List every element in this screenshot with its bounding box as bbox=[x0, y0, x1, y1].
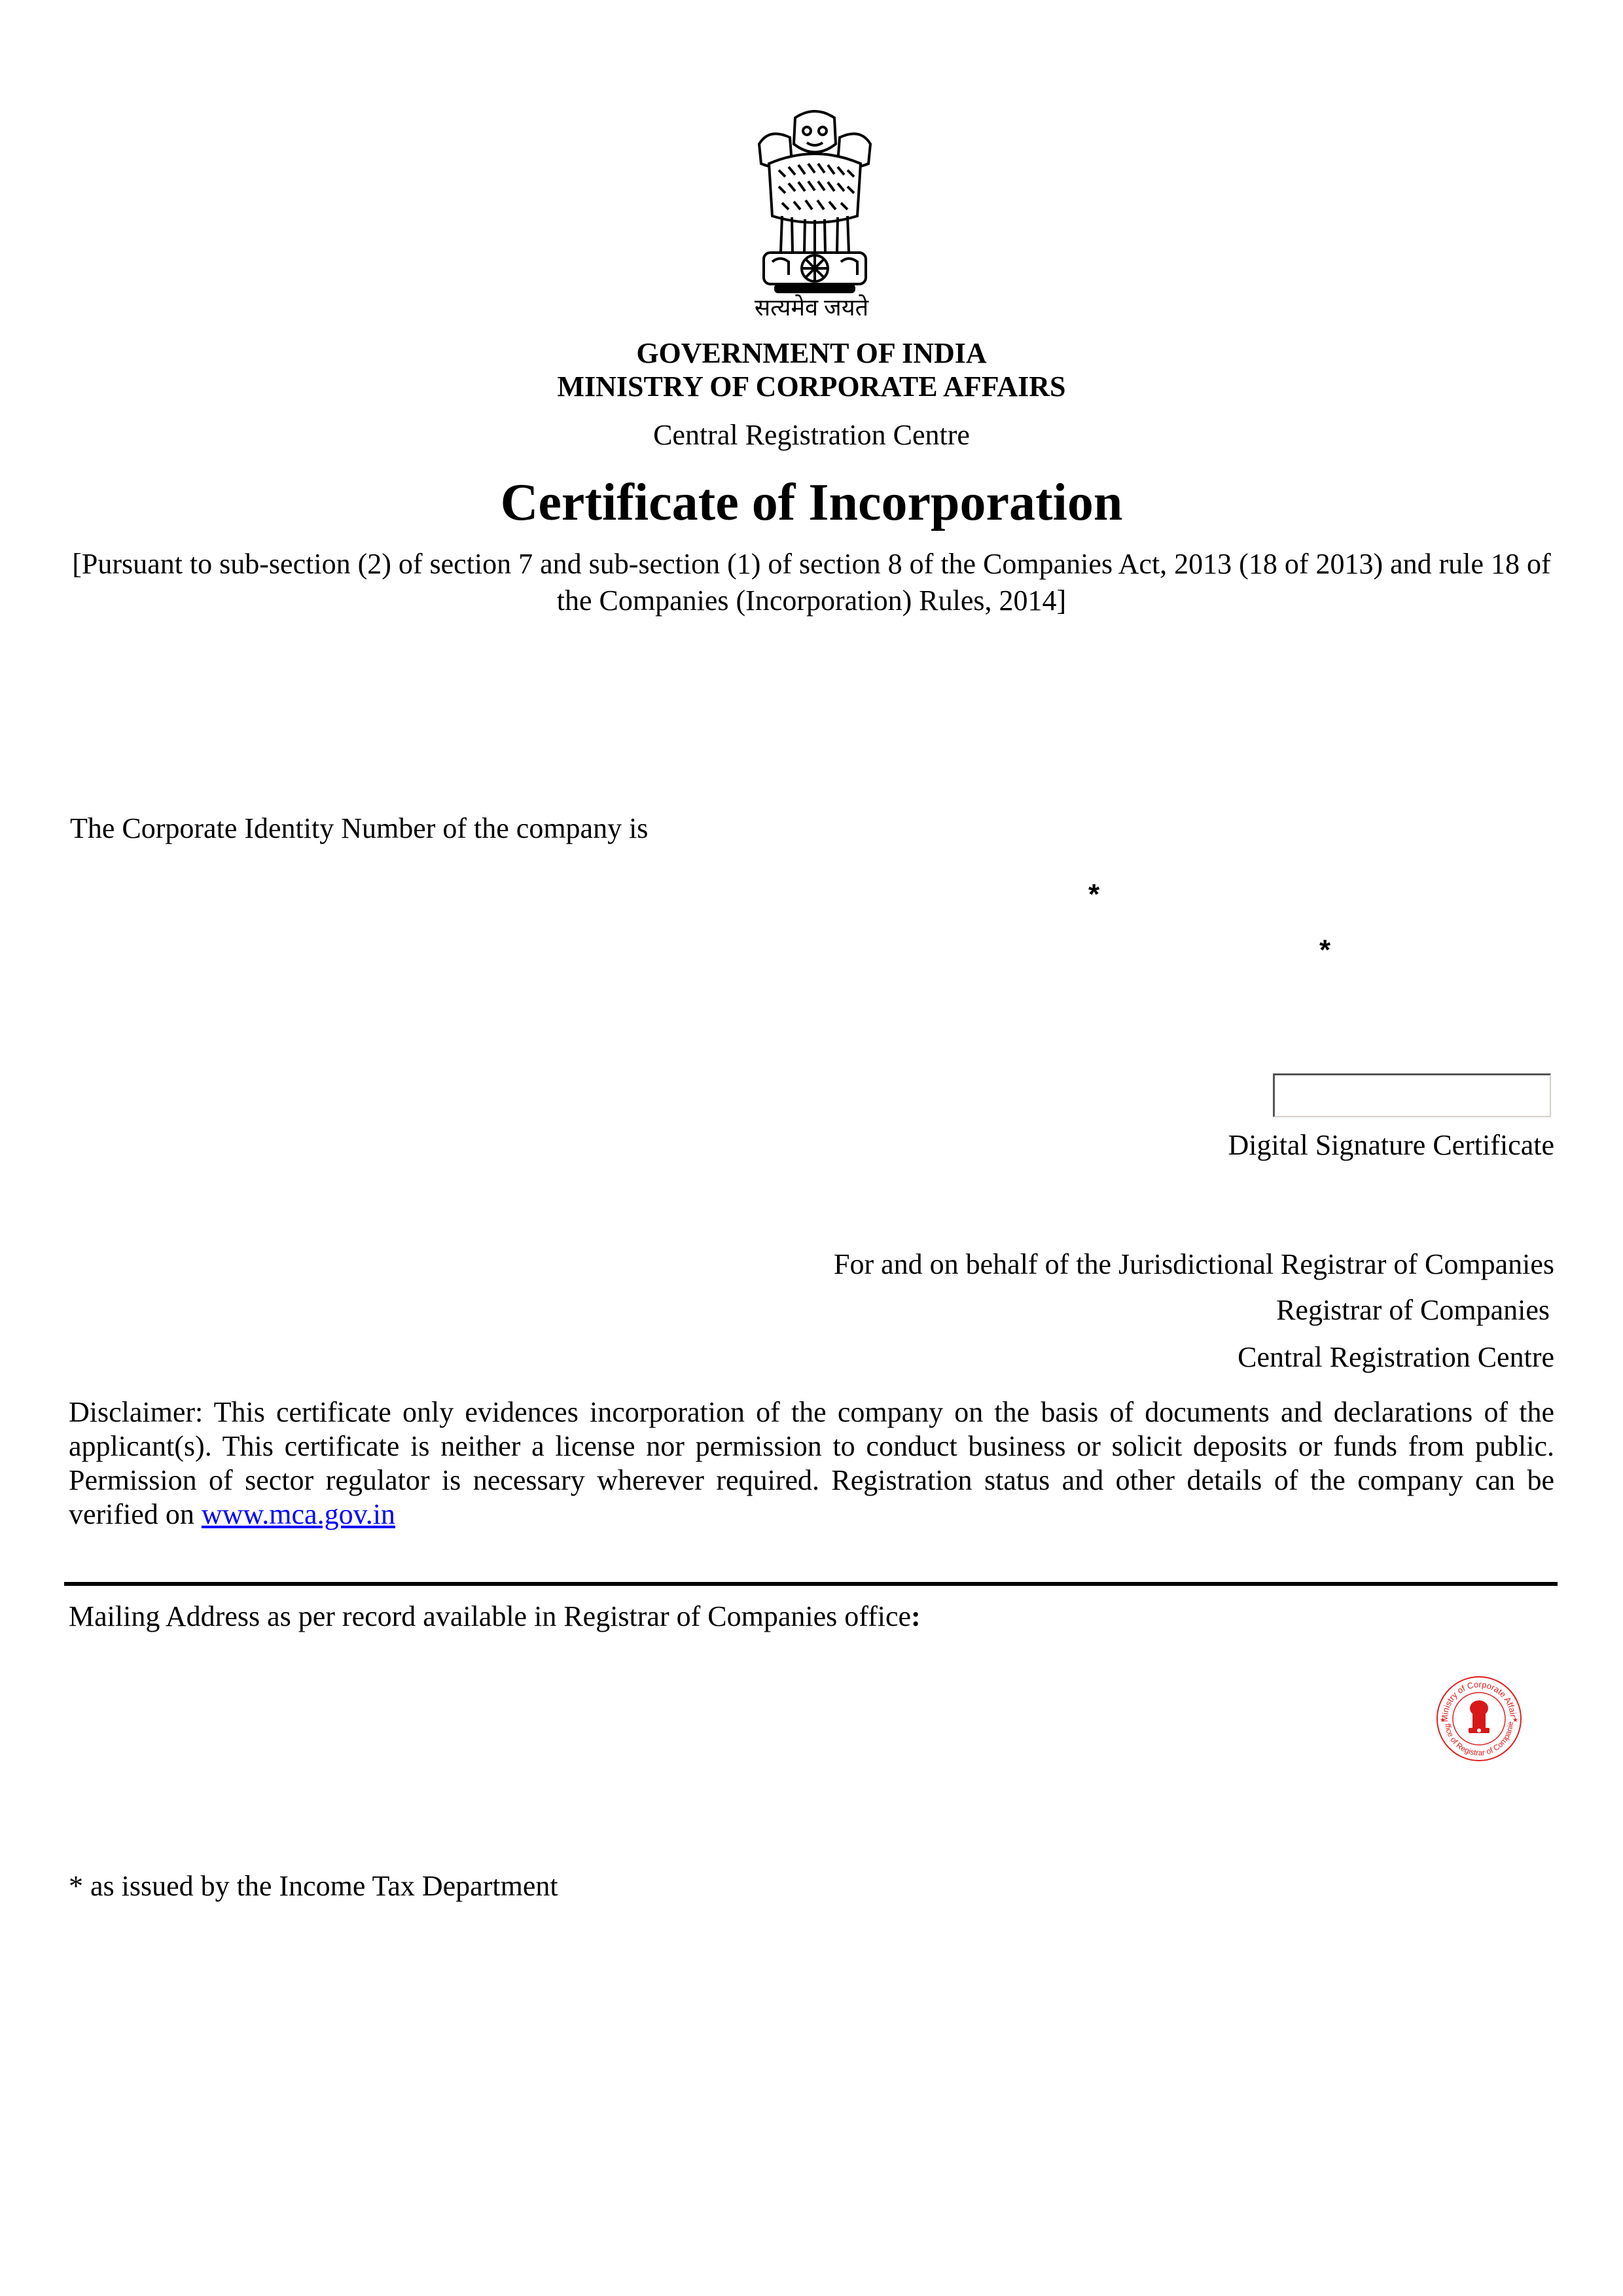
mca-link[interactable]: www.mca.gov.in bbox=[202, 1498, 395, 1530]
digital-signature-label: Digital Signature Certificate bbox=[1228, 1128, 1554, 1162]
page-title: Certificate of Incorporation bbox=[0, 473, 1623, 533]
ministry-heading: MINISTRY OF CORPORATE AFFAIRS bbox=[0, 370, 1623, 403]
behalf-text: For and on behalf of the Jurisdictional … bbox=[834, 1247, 1554, 1282]
mailing-address-label: Mailing Address as per record available … bbox=[69, 1600, 921, 1634]
pursuant-text: [Pursuant to sub-section (2) of section … bbox=[59, 546, 1564, 619]
svg-text:★: ★ bbox=[1512, 1717, 1518, 1724]
digital-signature-box[interactable] bbox=[1273, 1073, 1551, 1117]
centre-heading: Central Registration Centre bbox=[0, 419, 1623, 452]
asterisk-mark: * bbox=[1088, 878, 1099, 911]
divider bbox=[64, 1582, 1558, 1586]
centre-text: Central Registration Centre bbox=[1238, 1340, 1554, 1374]
national-emblem-icon bbox=[749, 105, 880, 301]
registrar-text: Registrar of Companies bbox=[1276, 1293, 1550, 1327]
cin-label: The Corporate Identity Number of the com… bbox=[70, 812, 648, 846]
mailing-label-text: Mailing Address as per record available … bbox=[69, 1600, 911, 1632]
mailing-colon: : bbox=[911, 1600, 921, 1632]
footnote-asterisk: * bbox=[69, 1870, 83, 1902]
svg-text:★: ★ bbox=[1440, 1717, 1446, 1724]
footnote-text: as issued by the Income Tax Department bbox=[83, 1870, 558, 1902]
asterisk-mark: * bbox=[1319, 934, 1330, 967]
footnote: * as issued by the Income Tax Department bbox=[69, 1869, 558, 1903]
registrar-seal-icon: Ministry of Corporate Affairs Office of … bbox=[1435, 1674, 1524, 1763]
disclaimer: Disclaimer: This certificate only eviden… bbox=[69, 1395, 1554, 1532]
motto: सत्यमेव जयते bbox=[0, 293, 1623, 322]
government-heading: GOVERNMENT OF INDIA bbox=[0, 337, 1623, 370]
